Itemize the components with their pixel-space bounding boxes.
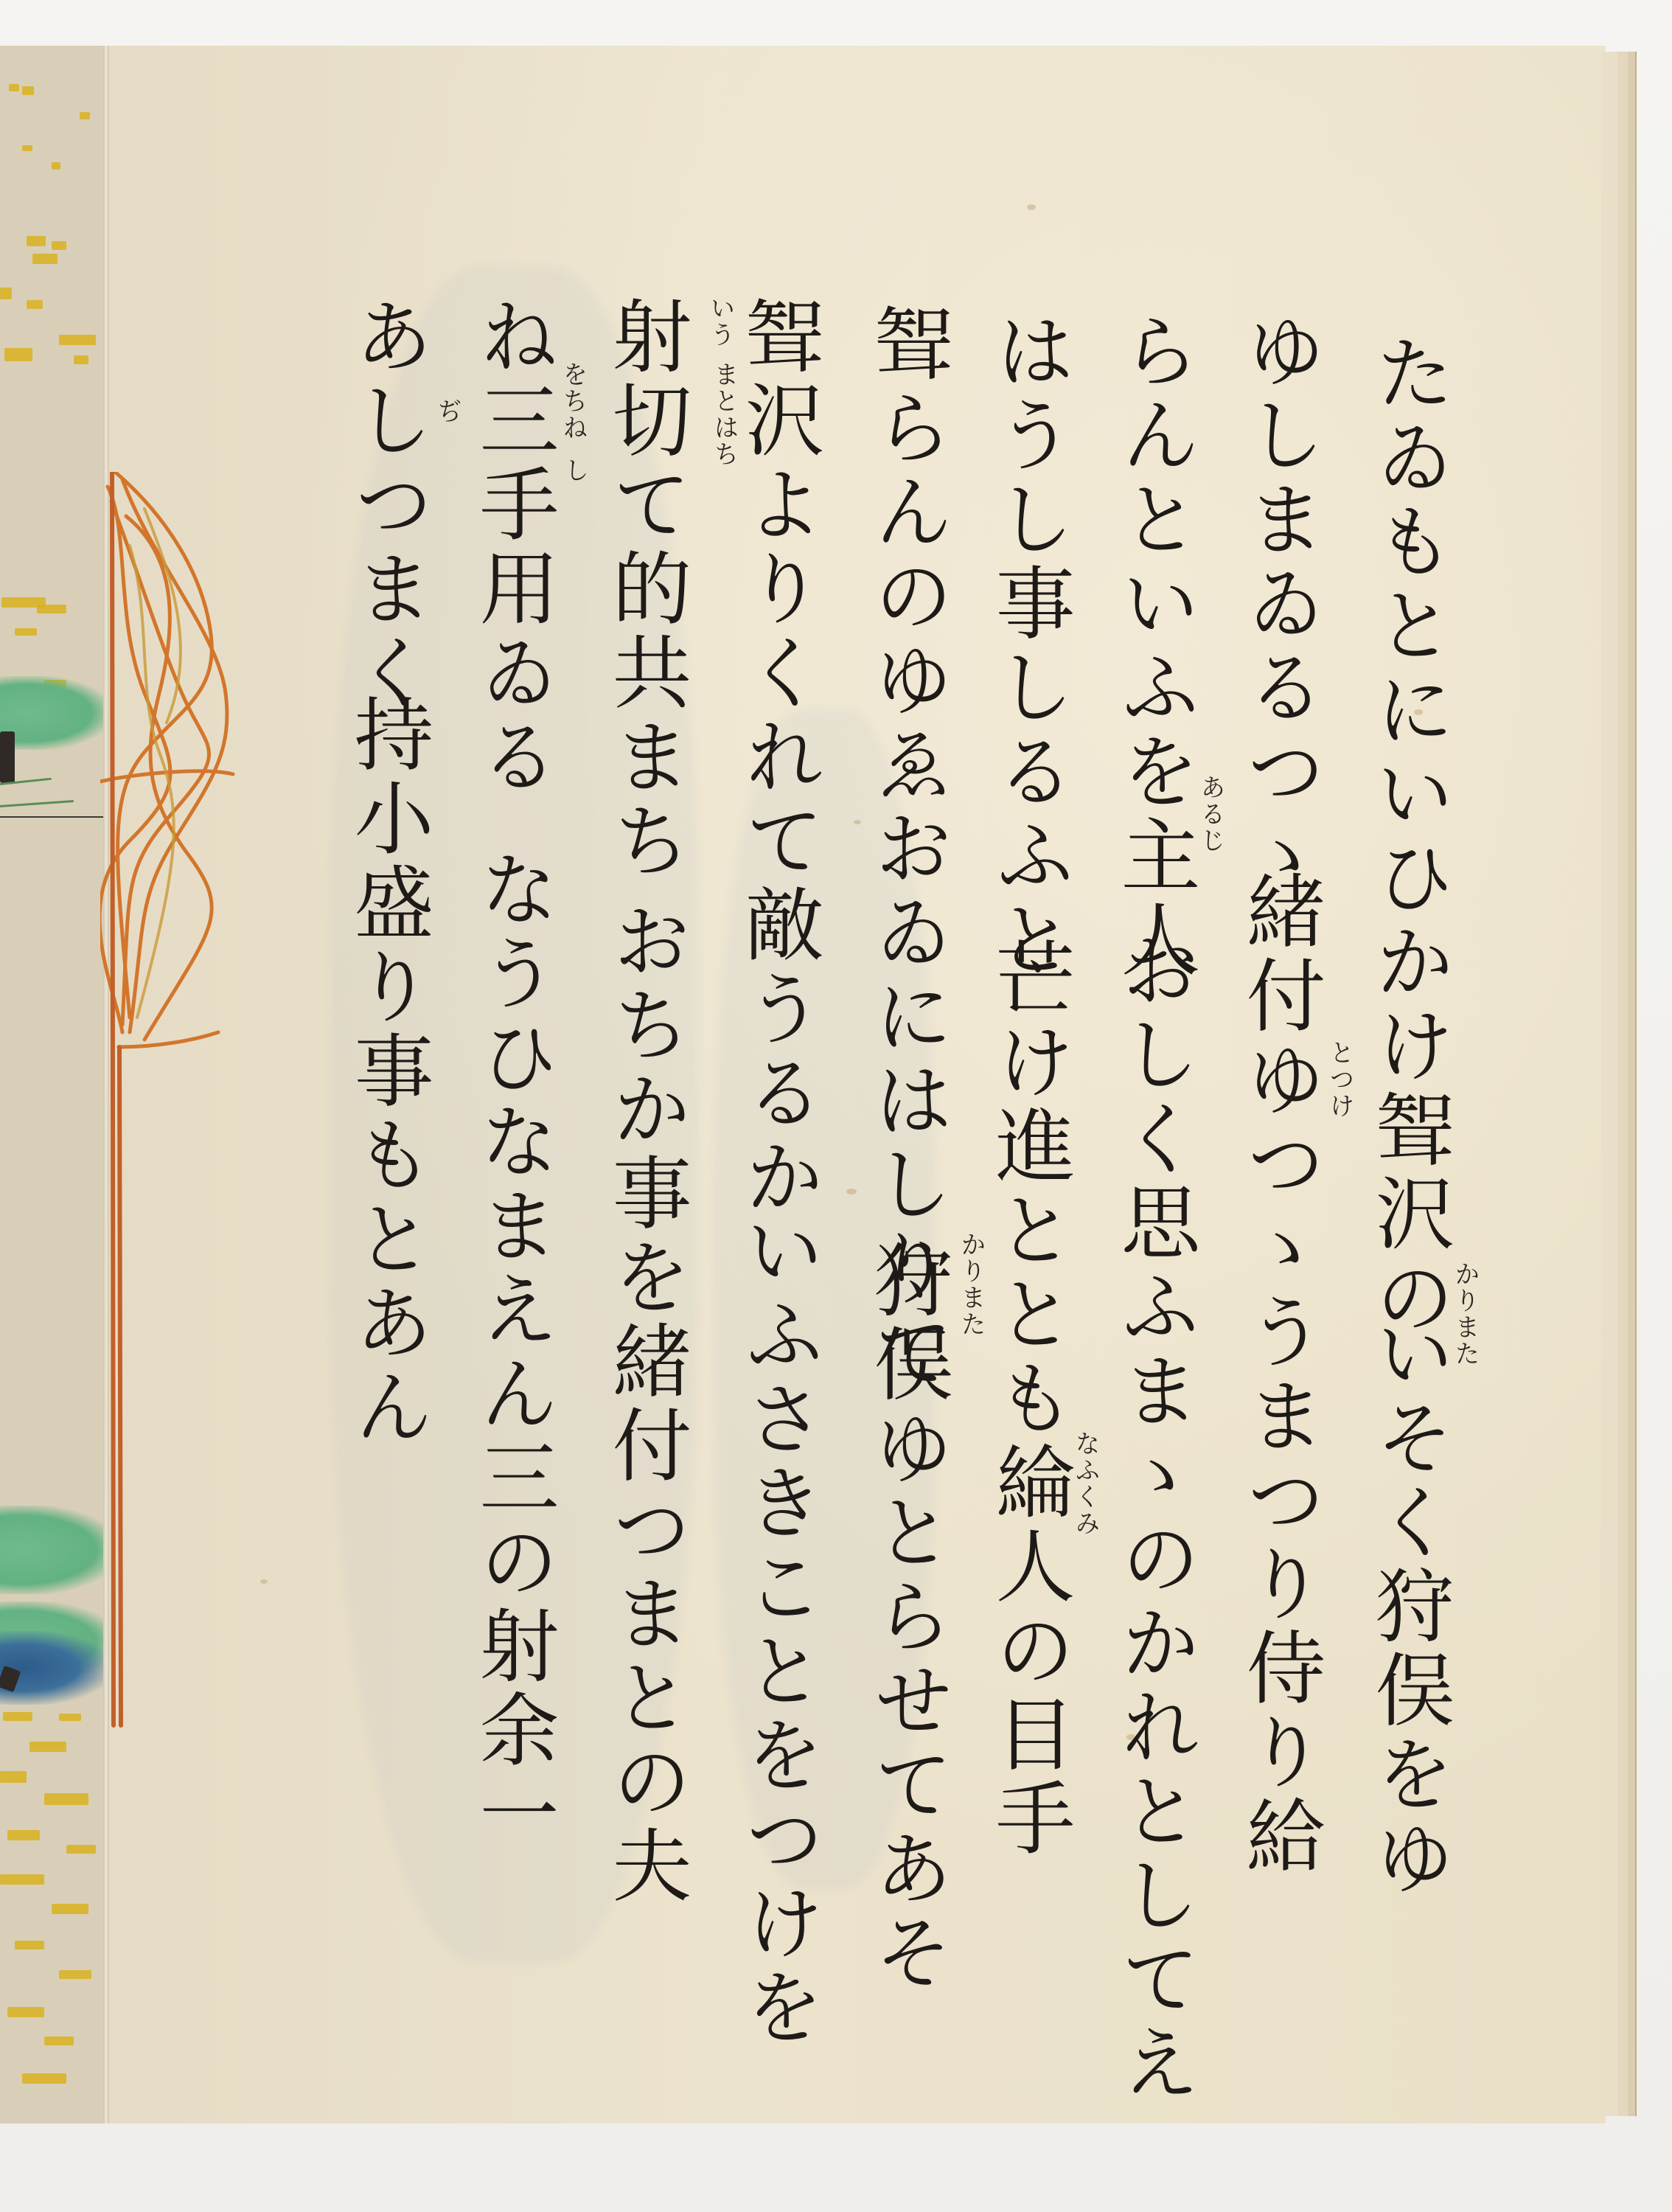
foxing-spot	[1027, 204, 1036, 210]
gold-leaf	[37, 605, 66, 613]
text-column-7: 射切て的共まち	[605, 295, 684, 883]
painted-pine-foliage	[0, 1506, 103, 1594]
gold-leaf	[15, 628, 37, 636]
gold-leaf	[22, 145, 32, 151]
text-column-8: ね三手用ゐる	[472, 295, 551, 799]
gold-leaf	[32, 254, 58, 264]
gold-leaf	[52, 241, 66, 250]
gold-leaf	[74, 355, 88, 364]
page-edge	[1628, 52, 1637, 2116]
gold-leaf	[80, 112, 90, 119]
painted-trunk	[0, 731, 15, 783]
text-column-6: 聟沢よりくれて敵うるか	[737, 295, 817, 1220]
gold-leaf	[0, 1874, 44, 1885]
gold-leaf	[7, 1830, 40, 1840]
gold-leaf	[0, 288, 12, 299]
foxing-spot	[846, 1189, 857, 1194]
spine-fold	[103, 46, 109, 2124]
painted-grass	[0, 800, 74, 807]
foxing-spot	[260, 1579, 268, 1584]
text-column-9: あしつまく	[346, 295, 426, 715]
furigana: まとはち	[711, 361, 736, 467]
gold-leaf	[4, 348, 32, 361]
text-column-3-tail: おしく思ふまゝのかれとしてえ	[1113, 929, 1193, 2106]
left-facing-page	[0, 46, 103, 2124]
furigana: かりまた	[958, 1231, 983, 1338]
text-column-1-tail: いそく狩俣をゆ	[1368, 1312, 1447, 1901]
gold-leaf	[15, 1941, 44, 1950]
gold-leaf	[44, 2037, 74, 2045]
furigana: し	[562, 457, 587, 484]
furigana: をちね	[560, 361, 585, 441]
furigana: かりまた	[1452, 1261, 1477, 1367]
page-edges-stack	[1601, 52, 1645, 2116]
text-column-7-tail: おちか事を緒付つまとの夫	[605, 900, 684, 1908]
gold-leaf	[52, 162, 60, 170]
gold-leaf	[27, 236, 46, 246]
text-column-2-tail: 緒付ゆつゝうまつり侍り給	[1239, 870, 1318, 1879]
text-column-3: らんといふを主人	[1113, 310, 1193, 982]
gold-leaf	[0, 1771, 27, 1783]
furigana: ぢ	[435, 398, 460, 425]
gold-leaf	[66, 1845, 96, 1854]
gold-leaf	[22, 86, 34, 95]
text-column-4: はうし事しるふと	[988, 310, 1067, 982]
page-edge	[1601, 52, 1619, 2116]
text-column-5: 聟らんのゆゑおゐにはしりて	[866, 302, 946, 1395]
text-column-8-tail: なうひなまえん三の射余一	[472, 848, 551, 1857]
furigana: とつけ	[1327, 1040, 1352, 1119]
text-column-2: ゆしまゐるつゝ	[1239, 310, 1318, 898]
text-column-6-tail: いふさきことをつけを	[737, 1209, 817, 2050]
gold-leaf	[52, 1904, 88, 1914]
text-column-5-tail: 狩俣ゆとらせてあそ	[866, 1239, 946, 1995]
furigana: なふくみ	[1073, 1430, 1098, 1537]
furigana: いう	[708, 295, 733, 348]
painted-pine-foliage	[0, 676, 103, 750]
furigana: あるじ	[1198, 774, 1223, 854]
gold-leaf	[22, 2073, 66, 2084]
gold-leaf	[3, 1712, 32, 1721]
gold-leaf	[59, 1714, 81, 1721]
gold-leaf	[29, 1742, 66, 1752]
text-column-4-tail: 芒け進ととも綸人の目手	[988, 936, 1067, 1861]
gold-leaf	[59, 335, 96, 345]
painted-ground-line	[0, 816, 103, 818]
text-column-1: たゐもとにいひかけ聟沢の	[1368, 332, 1447, 1340]
gold-leaf	[7, 2007, 44, 2017]
painted-water	[0, 1631, 103, 1705]
gold-leaf	[59, 1970, 91, 1979]
gold-leaf	[44, 1793, 88, 1805]
gold-leaf	[9, 84, 19, 91]
text-column-9-tail: 持小盛り事もとあん	[346, 693, 426, 1450]
gold-leaf	[27, 300, 43, 309]
